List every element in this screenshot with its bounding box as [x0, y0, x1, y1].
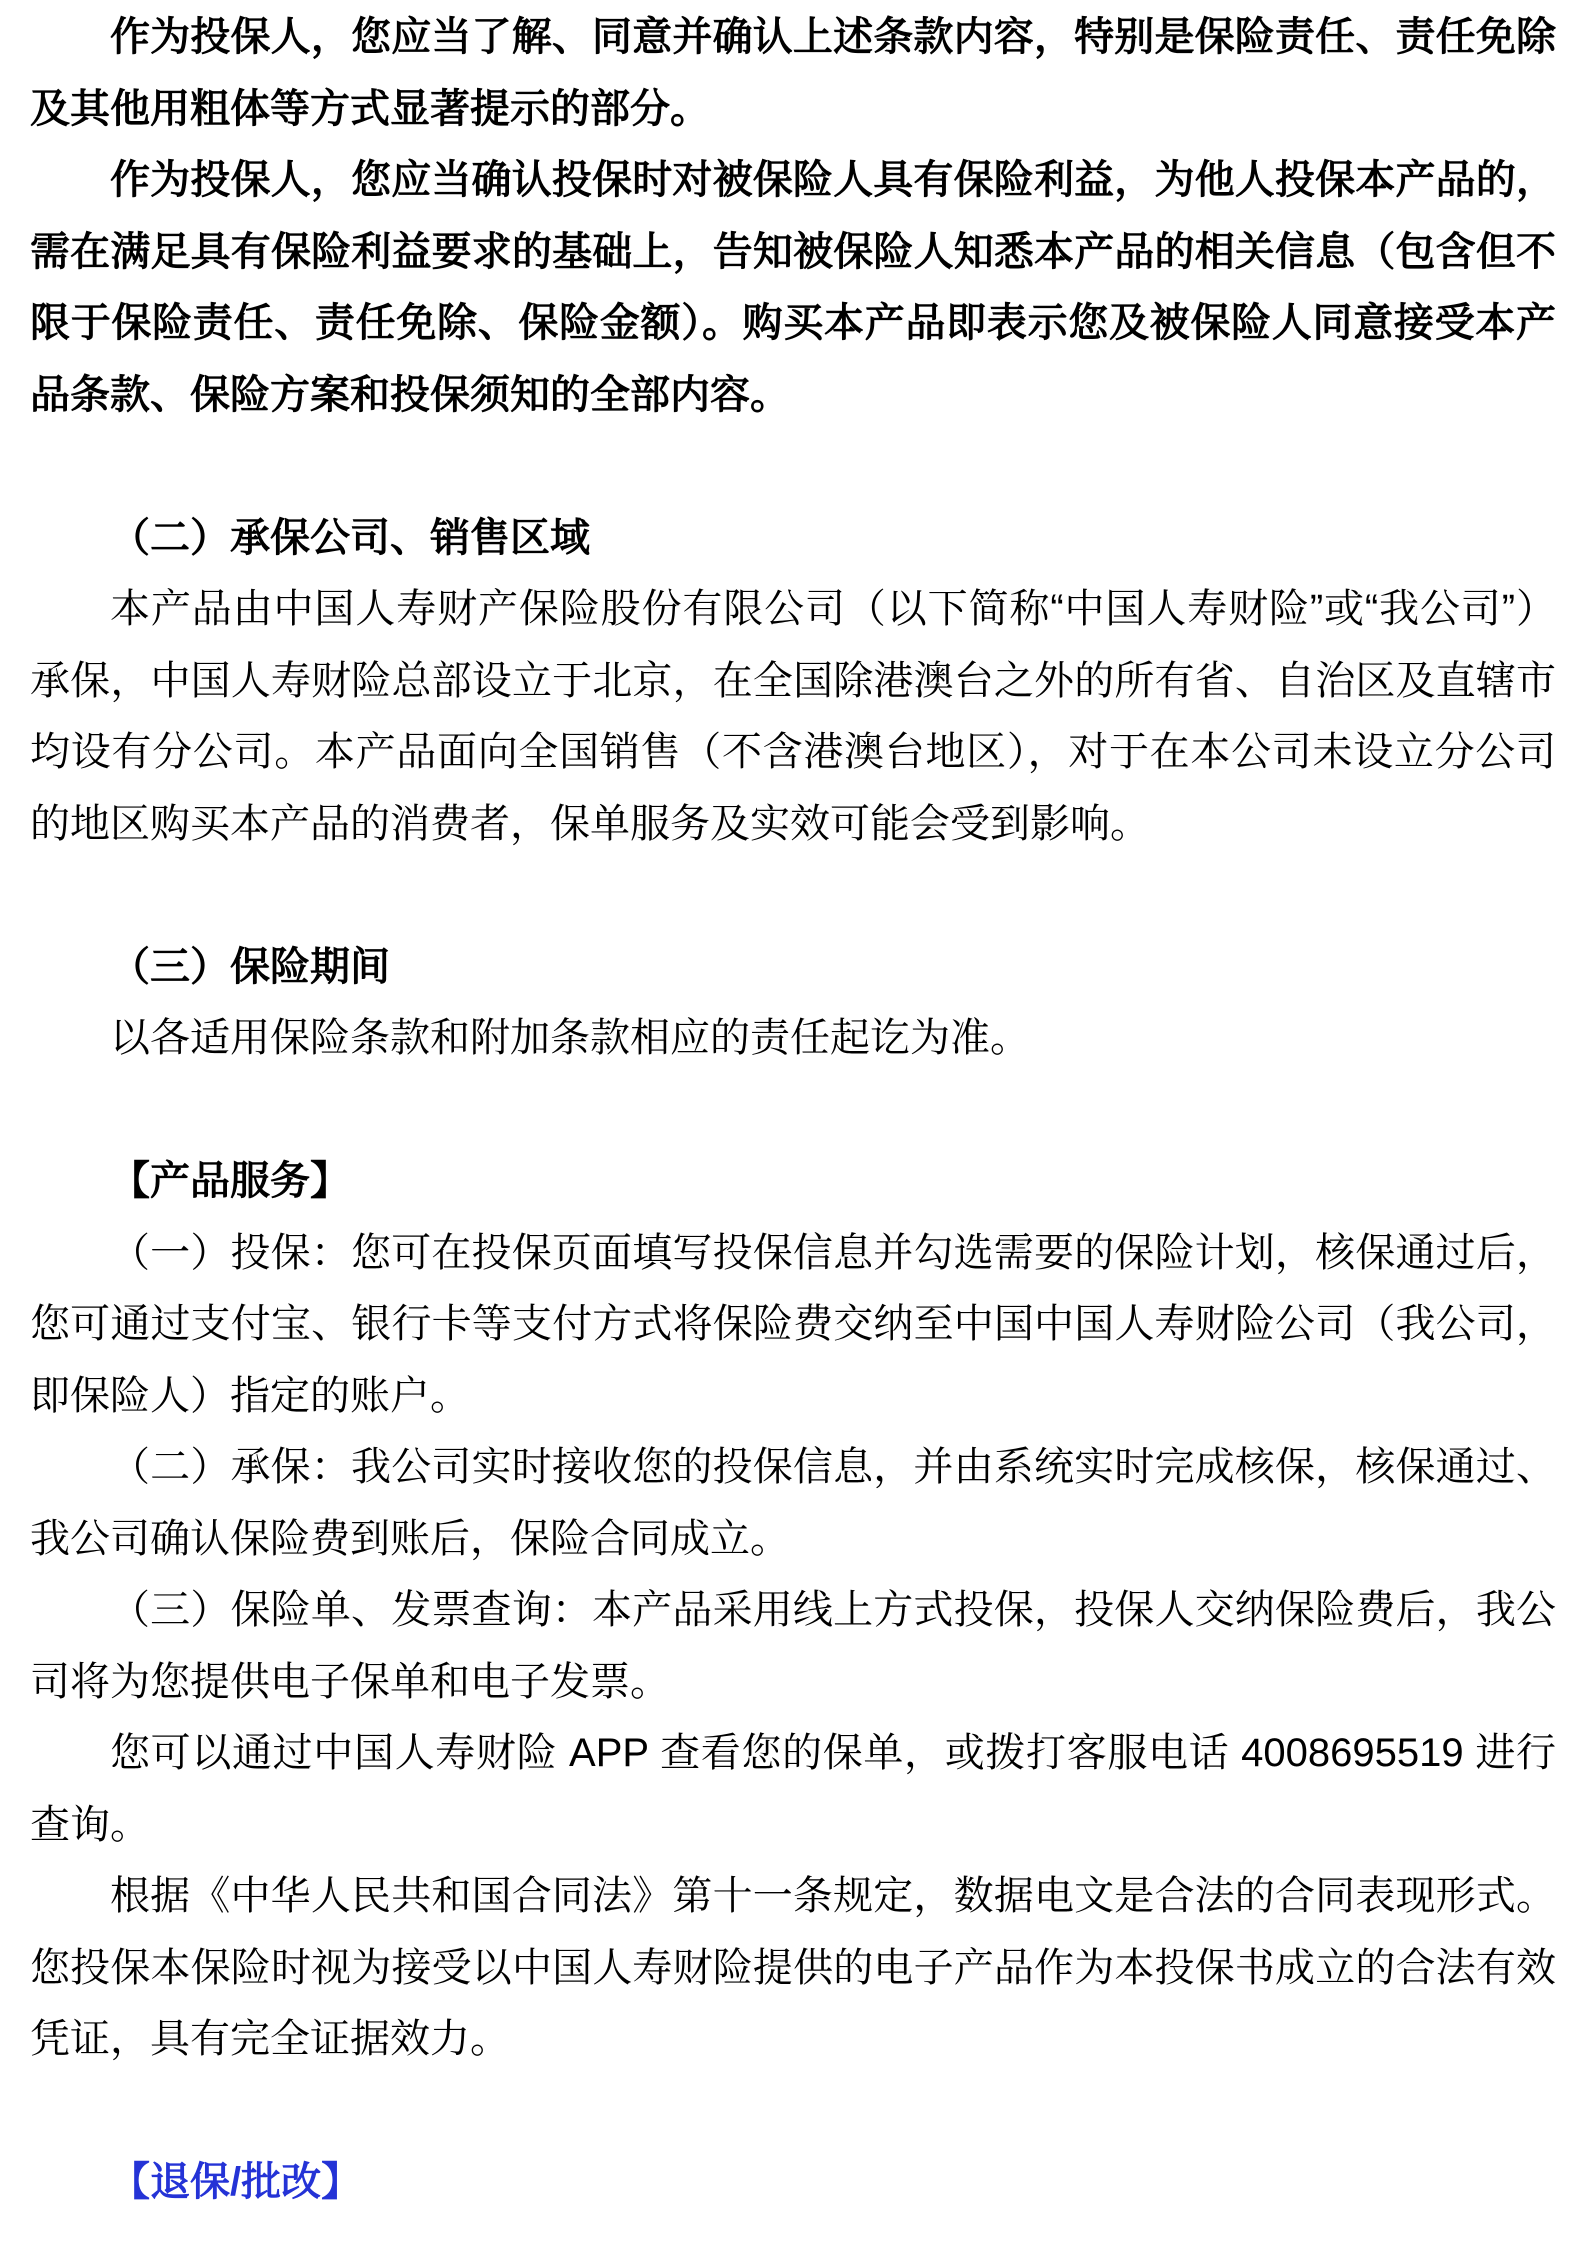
section-heading-product-services: 【产品服务】 [30, 1146, 1556, 1218]
document-page: 作为投保人，您应当了解、同意并确认上述条款内容，特别是保险责任、责任免除及其他用… [30, 2, 1556, 2219]
paragraph-insurance-period: 以各适用保险条款和附加条款相应的责任起讫为准。 [30, 1003, 1556, 1075]
section-heading-insurance-period: （三）保险期间 [30, 932, 1556, 1004]
paragraph-app-hotline-query: 您可以通过中国人寿财险 APP 查看您的保单，或拨打客服电话 400869551… [30, 1718, 1556, 1861]
paragraph-service-underwrite: （二）承保：我公司实时接收您的投保信息，并由系统实时完成核保，核保通过、我公司确… [30, 1432, 1556, 1575]
section-heading-surrender-endorsement: 【退保/批改】 [30, 2147, 1556, 2219]
section-heading-underwriter-sales-area: （二）承保公司、销售区域 [30, 503, 1556, 575]
paragraph-underwriter-sales-area: 本产品由中国人寿财产保险股份有限公司（以下简称“中国人寿财险”或“我公司”）承保… [30, 574, 1556, 860]
notice-paragraph-insurable-interest: 作为投保人，您应当确认投保时对被保险人具有保险利益，为他人投保本产品的，需在满足… [30, 145, 1556, 431]
paragraph-service-policy-invoice-query: （三）保险单、发票查询：本产品采用线上方式投保，投保人交纳保险费后，我公司将为您… [30, 1575, 1556, 1718]
paragraph-service-apply: （一）投保：您可在投保页面填写投保信息并勾选需要的保险计划，核保通过后，您可通过… [30, 1218, 1556, 1433]
notice-paragraph-confirm-terms: 作为投保人，您应当了解、同意并确认上述条款内容，特别是保险责任、责任免除及其他用… [30, 2, 1556, 145]
paragraph-contract-law-evidence: 根据《中华人民共和国合同法》第十一条规定，数据电文是合法的合同表现形式。您投保本… [30, 1861, 1556, 2076]
